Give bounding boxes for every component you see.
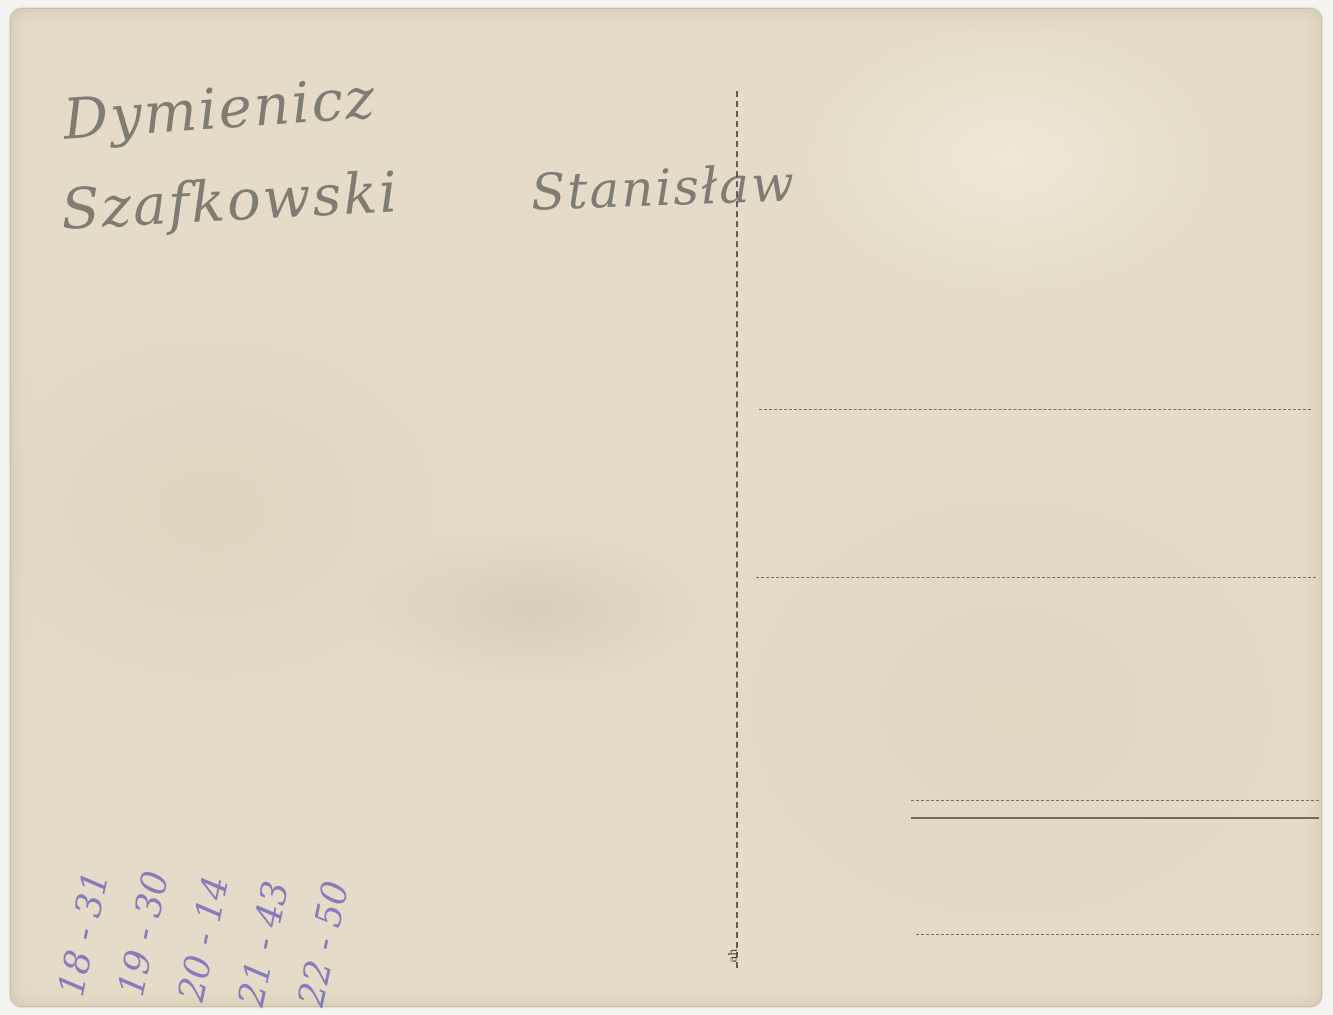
handwritten-surname-2: Szafkowski — [60, 160, 401, 243]
tally-line: 20 - 14 — [171, 873, 237, 1005]
tally-line: 19 - 30 — [111, 868, 177, 1000]
address-line-3-dashed — [911, 800, 1319, 801]
message-address-divider — [736, 91, 738, 968]
printer-mark: ah — [726, 949, 739, 963]
tally-line: 21 - 43 — [231, 878, 297, 1010]
postcard-back: Dymienicz Szafkowski Stanisław ah 18 - 3… — [10, 8, 1322, 1007]
address-line-4 — [916, 934, 1319, 935]
violet-tally-notes: 18 - 31 19 - 30 20 - 14 21 - 43 22 - 50 — [51, 769, 391, 1009]
tally-line: 18 - 31 — [51, 868, 117, 1000]
tally-line: 22 - 50 — [291, 878, 357, 1010]
address-line-1 — [759, 409, 1311, 410]
handwritten-first-name: Stanisław — [530, 154, 797, 221]
address-line-3-solid — [911, 817, 1319, 819]
address-line-2 — [756, 577, 1316, 578]
handwritten-surname-1: Dymienicz — [61, 66, 378, 153]
